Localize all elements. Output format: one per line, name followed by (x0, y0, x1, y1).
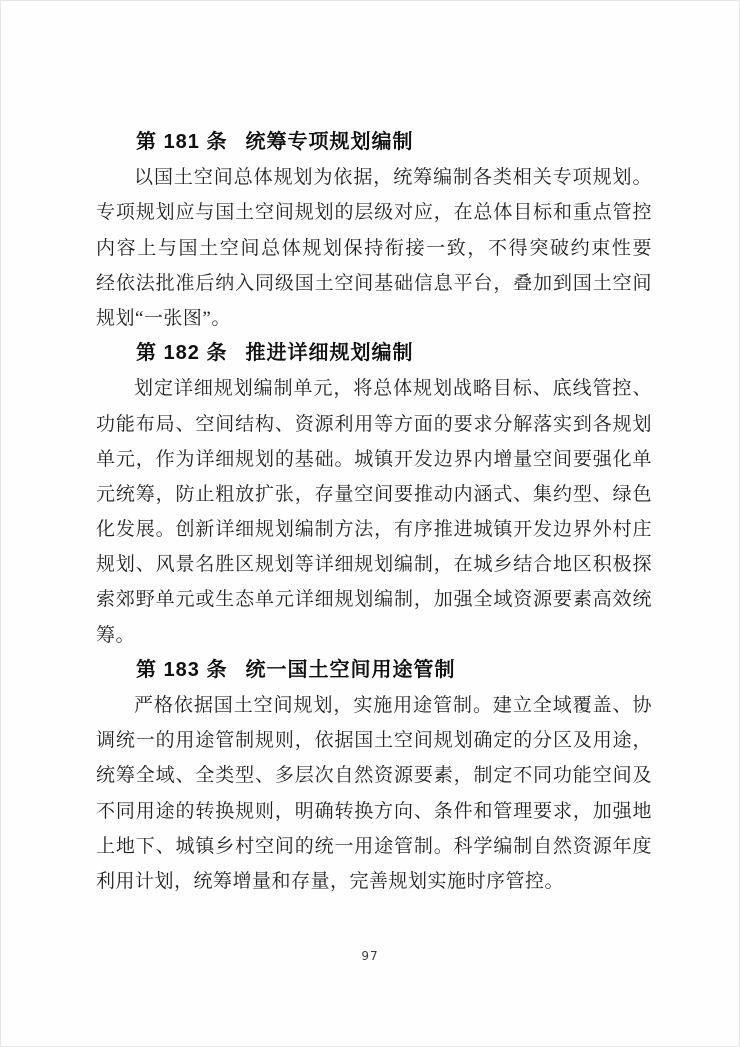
article-heading-182: 第 182 条推进详细规划编制 (96, 336, 652, 371)
paragraph-line: 以国土空间总体规划为依据，统筹编制各类相关专项规划。 (96, 160, 652, 195)
paragraph-line: 化发展。创新详细规划编制方法，有序推进城镇开发边界外村庄 (96, 512, 652, 547)
paragraph-line: 单元，作为详细规划的基础。城镇开发边界内增量空间要强化单 (96, 442, 652, 477)
document-page: 第 181 条统筹专项规划编制 以国土空间总体规划为依据，统筹编制各类相关专项规… (0, 0, 740, 1047)
paragraph-line: 上地下、城镇乡村空间的统一用途管制。科学编制自然资源年度 (96, 829, 652, 864)
paragraph-line: 功能布局、空间结构、资源利用等方面的要求分解落实到各规划 (96, 407, 652, 442)
paragraph-line: 索郊野单元或生态单元详细规划编制，加强全域资源要素高效统 (96, 582, 652, 617)
article-number: 第 182 条 (136, 342, 227, 364)
article-heading-181: 第 181 条统筹专项规划编制 (96, 125, 652, 160)
paragraph-line: 内容上与国土空间总体规划保持衔接一致，不得突破约束性要求， (96, 231, 652, 266)
article-title: 统一国土空间用途管制 (245, 659, 455, 681)
paragraph-line: 利用计划，统筹增量和存量，完善规划实施时序管控。 (96, 864, 652, 899)
paragraph-line: 调统一的用途管制规则，依据国土空间规划确定的分区及用途， (96, 723, 652, 758)
article-title: 推进详细规划编制 (245, 342, 413, 364)
paragraph-line: 不同用途的转换规则，明确转换方向、条件和管理要求，加强地 (96, 794, 652, 829)
paragraph-line: 统筹全域、全类型、多层次自然资源要素，制定不同功能空间及 (96, 758, 652, 793)
article-heading-183: 第 183 条统一国土空间用途管制 (96, 653, 652, 688)
article-number: 第 183 条 (136, 659, 227, 681)
document-content: 第 181 条统筹专项规划编制 以国土空间总体规划为依据，统筹编制各类相关专项规… (96, 125, 652, 899)
paragraph-line: 规划、风景名胜区规划等详细规划编制，在城乡结合地区积极探 (96, 547, 652, 582)
paragraph-line: 元统筹，防止粗放扩张，存量空间要推动内涵式、集约型、绿色 (96, 477, 652, 512)
paragraph-line: 规划“一张图”。 (96, 301, 652, 336)
paragraph-line: 划定详细规划编制单元，将总体规划战略目标、底线管控、 (96, 371, 652, 406)
paragraph-line: 专项规划应与国土空间规划的层级对应，在总体目标和重点管控 (96, 195, 652, 230)
paragraph-line: 严格依据国土空间规划，实施用途管制。建立全域覆盖、协 (96, 688, 652, 723)
article-number: 第 181 条 (136, 131, 227, 153)
page-number: 97 (1, 949, 739, 963)
paragraph-line: 经依法批准后纳入同级国土空间基础信息平台，叠加到国土空间 (96, 266, 652, 301)
article-title: 统筹专项规划编制 (245, 131, 413, 153)
paragraph-line: 筹。 (96, 618, 652, 653)
